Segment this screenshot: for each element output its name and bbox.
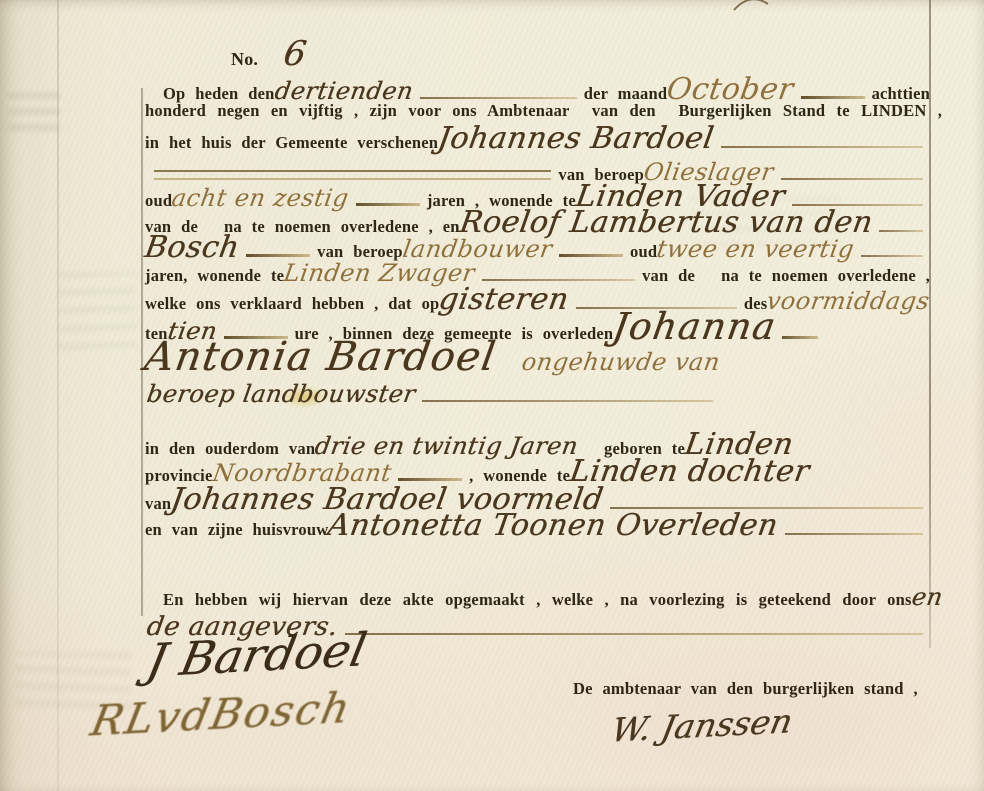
record-number-line-text: No. (231, 49, 258, 70)
ruled-line (721, 146, 923, 149)
text-block-left-rule (141, 88, 143, 616)
year-line: honderd negen en vijftig , zijn voor ons… (145, 101, 930, 121)
record-number-line-text: 6 (281, 34, 309, 74)
closing-line-text: en (909, 583, 944, 611)
closing-line: En hebben wij hiervan deze akte opgemaak… (163, 583, 930, 611)
left-fold-crease (57, 0, 59, 791)
mother-line-text: Antonetta Toonen Overleden (326, 508, 781, 543)
year-line-text: honderd negen en vijftig , zijn voor ons… (145, 101, 942, 121)
deceased-name-line: Antonia Bardoelongehuwde van (145, 334, 890, 380)
appearance-line: in het huis der Gemeente verschenenJohan… (145, 121, 930, 156)
ruled-line (801, 96, 865, 99)
ruled-line (559, 254, 623, 257)
spacer (695, 280, 721, 281)
ruled-line (482, 279, 635, 282)
mother-line-text: en van zijne huisvrouw (145, 520, 328, 540)
spacer (496, 369, 522, 370)
closing-line-text: En hebben wij hiervan deze akte opgemaak… (163, 590, 912, 610)
signature-officiant-text: W. Janssen (608, 701, 796, 749)
signature-declarant-1-text: J Bardoel (142, 622, 370, 687)
deceased-name-line-text: Antonia Bardoel (141, 334, 499, 380)
spacer (258, 64, 284, 65)
deceased-name-line-text: ongehuwde van (520, 348, 722, 376)
deceased-profession-line: beroep landbouwster (147, 380, 720, 408)
officiant-title-line-text: De ambtenaar van den burgerlijken stand … (573, 679, 918, 699)
ruled-line (420, 97, 577, 100)
signature-officiant: W. Janssen (613, 706, 791, 745)
document-lines: No.6Op heden dendertiendender maandOctob… (145, 0, 930, 791)
ruled-line (398, 478, 462, 481)
ruled-line (246, 254, 310, 257)
ruled-line (345, 633, 923, 636)
ruled-line (785, 533, 923, 536)
mother-line: en van zijne huisvrouwAntonetta Toonen O… (145, 508, 930, 543)
ink-bleedthrough-smudge (58, 272, 136, 358)
ruled-line (422, 400, 713, 403)
officiant-title-line: De ambtenaar van den burgerlijken stand … (573, 679, 918, 699)
ink-bleedthrough-smudge (8, 92, 60, 140)
death-certificate-page: No.6Op heden dendertiendender maandOctob… (0, 0, 984, 791)
appearance-line-text: in het huis der Gemeente verschenen (145, 133, 438, 153)
signature-declarant-2: RLvdBosch (93, 690, 349, 739)
ruled-line (861, 255, 923, 258)
deceased-profession-line-text: beroep landbouwster (145, 380, 418, 408)
signature-declarant-2-text: RLvdBosch (87, 683, 356, 745)
record-number-line: No.6 (231, 34, 306, 74)
signature-declarant-1: J Bardoel (149, 628, 364, 682)
appearance-line-text: Johannes Bardoel (435, 121, 716, 156)
